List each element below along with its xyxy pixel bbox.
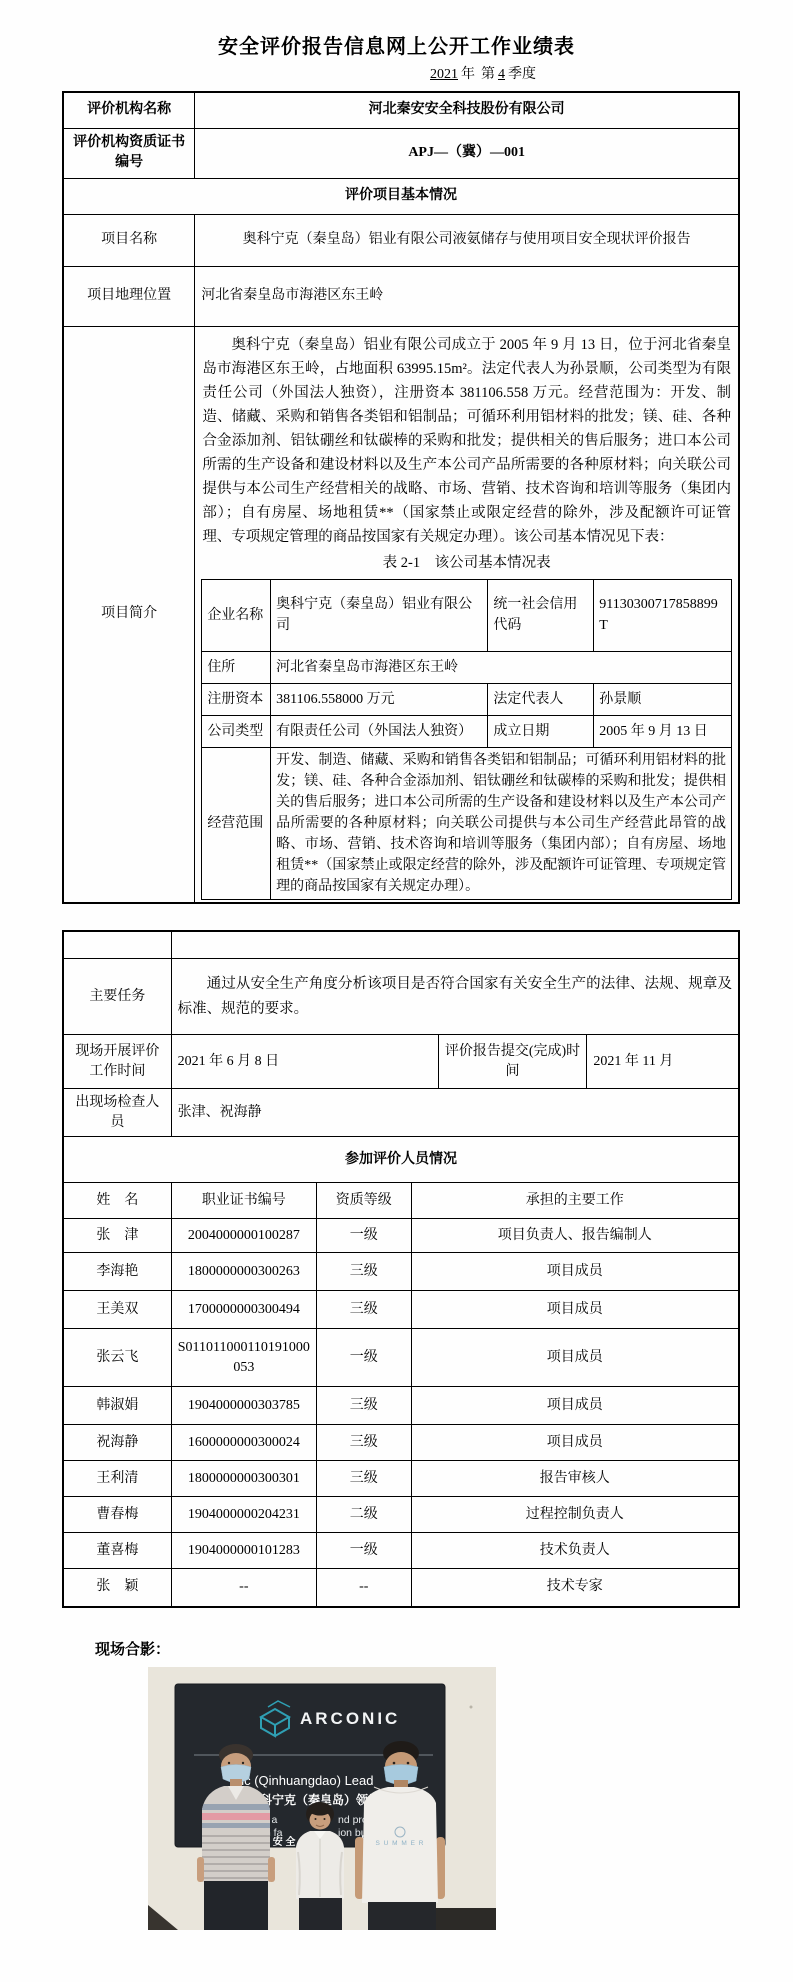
participant-role: 项目成员	[411, 1425, 739, 1461]
empty-label-cell	[63, 931, 171, 959]
table-row: 住所 河北省秦皇岛市海港区东王岭	[202, 651, 732, 683]
participant-name: 张 津	[63, 1219, 171, 1253]
participant-level: 一级	[316, 1329, 411, 1387]
participant-row: 张云飞 S011011000110191000053 一级 项目成员	[63, 1329, 739, 1387]
participant-cert: 1904000000101283	[171, 1533, 316, 1569]
company-type-label: 公司类型	[202, 715, 271, 747]
scope-value: 开发、制造、储藏、采购和销售各类铝和铝制品；可循环利用铝材料的批发；镁、硅、各种…	[271, 747, 732, 899]
founded-label: 成立日期	[488, 715, 594, 747]
participant-level: --	[316, 1569, 411, 1607]
period-quarter-unit: 季度	[508, 67, 536, 82]
participant-cert: 2004000000100287	[171, 1219, 316, 1253]
participant-name: 李海艳	[63, 1253, 171, 1291]
site-work-time-label: 现场开展评价工作时间	[63, 1035, 171, 1089]
site-inspectors-label: 出现场检查人员	[63, 1089, 171, 1137]
participant-role: 项目成员	[411, 1387, 739, 1425]
agency-cert-value: APJ—（冀）—001	[195, 128, 739, 178]
participant-level: 三级	[316, 1291, 411, 1329]
period-year: 2021	[430, 67, 458, 82]
table-row: 参加评价人员情况	[63, 1137, 739, 1183]
period-quarter-prefix: 第	[481, 67, 495, 82]
participant-level: 三级	[316, 1461, 411, 1497]
table-row: 评价机构名称 河北秦安安全科技股份有限公司	[63, 92, 739, 128]
document-page: 安全评价报告信息网上公开工作业绩表 2021年第4季度 评价机构名称 河北秦安安…	[0, 0, 793, 1982]
credit-code-value: 91130300717858899T	[594, 579, 732, 651]
col-header-cert: 职业证书编号	[171, 1183, 316, 1219]
participant-level: 三级	[316, 1387, 411, 1425]
main-task-text: 通过从安全生产角度分析该项目是否符合国家有关安全生产的法律、法规、规章及标准、规…	[178, 972, 732, 1022]
site-inspectors-value: 张津、祝海静	[171, 1089, 739, 1137]
participant-row: 韩淑娟 1904000000303785 三级 项目成员	[63, 1387, 739, 1425]
credit-code-label: 统一社会信用代码	[488, 579, 594, 651]
participant-name: 王利清	[63, 1461, 171, 1497]
participant-row: 董喜梅 1904000000101283 一级 技术负责人	[63, 1533, 739, 1569]
table-row	[63, 931, 739, 959]
participant-row: 李海艳 1800000000300263 三级 项目成员	[63, 1253, 739, 1291]
period-year-unit: 年	[461, 67, 475, 82]
participant-row: 张 津 2004000000100287 一级 项目负责人、报告编制人	[63, 1219, 739, 1253]
table-row: 姓 名 职业证书编号 资质等级 承担的主要工作	[63, 1183, 739, 1219]
participant-role: 项目成员	[411, 1291, 739, 1329]
table-row: 项目地理位置 河北省秦皇岛市海港区东王岭	[63, 266, 739, 326]
participant-level: 三级	[316, 1425, 411, 1461]
address-label: 住所	[202, 651, 271, 683]
tshirt-print: S U M M E R	[376, 1840, 425, 1847]
project-name-label: 项目名称	[63, 214, 195, 266]
agency-name-label: 评价机构名称	[63, 92, 195, 128]
project-info-table: 评价机构名称 河北秦安安全科技股份有限公司 评价机构资质证书编号 APJ—（冀）…	[62, 91, 740, 904]
participant-level: 一级	[316, 1219, 411, 1253]
table-row: 评价项目基本情况	[63, 178, 739, 214]
company-name-value: 奥科宁克（秦皇岛）铝业有限公司	[271, 579, 488, 651]
participants-section-header: 参加评价人员情况	[63, 1137, 739, 1183]
project-intro-label: 项目简介	[63, 326, 195, 903]
project-name-value: 奥科宁克（秦皇岛）铝业有限公司液氨储存与使用项目安全现状评价报告	[195, 214, 739, 266]
period-quarter: 4	[498, 67, 505, 82]
table-row: 评价机构资质证书编号 APJ—（冀）—001	[63, 128, 739, 178]
participant-role: 项目成员	[411, 1253, 739, 1291]
scope-label: 经营范围	[202, 747, 271, 899]
participant-name: 张 颖	[63, 1569, 171, 1607]
col-header-name: 姓 名	[63, 1183, 171, 1219]
company-type-value: 有限责任公司（外国法人独资）	[271, 715, 488, 747]
table-row: 项目名称 奥科宁克（秦皇岛）铝业有限公司液氨储存与使用项目安全现状评价报告	[63, 214, 739, 266]
participant-name: 韩淑娟	[63, 1387, 171, 1425]
participant-name: 张云飞	[63, 1329, 171, 1387]
site-work-time-value: 2021 年 6 月 8 日	[171, 1035, 438, 1089]
col-header-level: 资质等级	[316, 1183, 411, 1219]
col-header-role: 承担的主要工作	[411, 1183, 739, 1219]
participant-cert: --	[171, 1569, 316, 1607]
participant-row: 曹春梅 1904000000204231 二级 过程控制负责人	[63, 1497, 739, 1533]
period-line: 2021年第4季度	[0, 63, 793, 83]
participant-cert: 1800000000300263	[171, 1253, 316, 1291]
participant-cert: 1800000000300301	[171, 1461, 316, 1497]
capital-label: 注册资本	[202, 683, 271, 715]
table-row: 项目简介 奥科宁克（秦皇岛）铝业有限公司成立于 2005 年 9 月 13 日，…	[63, 326, 739, 903]
group-photo-label: 现场合影：	[95, 1638, 793, 1659]
participant-cert: 1904000000204231	[171, 1497, 316, 1533]
participant-row: 张 颖 -- -- 技术专家	[63, 1569, 739, 1607]
participant-level: 二级	[316, 1497, 411, 1533]
group-photo-illustration: ARCONIC nic (Qinhuangdao) Lead 奥科宁克（秦皇岛）…	[148, 1667, 496, 1930]
address-value: 河北省秦皇岛市海港区东王岭	[271, 651, 732, 683]
table-row: 主要任务 通过从安全生产角度分析该项目是否符合国家有关安全生产的法律、法规、规章…	[63, 959, 739, 1035]
sign-brand-text: ARCONIC	[300, 1709, 400, 1728]
agency-cert-label: 评价机构资质证书编号	[63, 128, 195, 178]
participant-level: 三级	[316, 1253, 411, 1291]
participant-level: 一级	[316, 1533, 411, 1569]
participant-row: 王美双 1700000000300494 三级 项目成员	[63, 1291, 739, 1329]
legal-rep-value: 孙景顺	[594, 683, 732, 715]
participant-cert: 1700000000300494	[171, 1291, 316, 1329]
main-task-cell: 通过从安全生产角度分析该项目是否符合国家有关安全生产的法律、法规、规章及标准、规…	[171, 959, 739, 1035]
company-name-label: 企业名称	[202, 579, 271, 651]
participant-cert: 1600000000300024	[171, 1425, 316, 1461]
participant-name: 王美双	[63, 1291, 171, 1329]
work-record-table: 主要任务 通过从安全生产角度分析该项目是否符合国家有关安全生产的法律、法规、规章…	[62, 930, 740, 1608]
table-row: 公司类型 有限责任公司（外国法人独资） 成立日期 2005 年 9 月 13 日	[202, 715, 732, 747]
project-section-header: 评价项目基本情况	[63, 178, 739, 214]
participant-role: 技术专家	[411, 1569, 739, 1607]
participant-cert: S011011000110191000053	[171, 1329, 316, 1387]
participant-role: 报告审核人	[411, 1461, 739, 1497]
participant-role: 项目负责人、报告编制人	[411, 1219, 739, 1253]
participant-row: 王利清 1800000000300301 三级 报告审核人	[63, 1461, 739, 1497]
company-basic-info-table: 企业名称 奥科宁克（秦皇岛）铝业有限公司 统一社会信用代码 9113030071…	[201, 579, 732, 900]
wall-mark	[470, 1705, 473, 1708]
participant-name: 曹春梅	[63, 1497, 171, 1533]
report-time-value: 2021 年 11 月	[587, 1035, 739, 1089]
group-photo: ARCONIC nic (Qinhuangdao) Lead 奥科宁克（秦皇岛）…	[148, 1667, 496, 1930]
company-table-caption: 表 2-1 该公司基本情况表	[201, 553, 732, 573]
participant-role: 技术负责人	[411, 1533, 739, 1569]
participant-role: 过程控制负责人	[411, 1497, 739, 1533]
table-row: 注册资本 381106.558000 万元 法定代表人 孙景顺	[202, 683, 732, 715]
participant-cert: 1904000000303785	[171, 1387, 316, 1425]
main-task-label: 主要任务	[63, 959, 171, 1035]
table-row: 出现场检查人员 张津、祝海静	[63, 1089, 739, 1137]
table-row: 现场开展评价工作时间 2021 年 6 月 8 日 评价报告提交(完成)时间 2…	[63, 1035, 739, 1089]
founded-value: 2005 年 9 月 13 日	[594, 715, 732, 747]
page-title: 安全评价报告信息网上公开工作业绩表	[0, 0, 793, 59]
project-intro-cell: 奥科宁克（秦皇岛）铝业有限公司成立于 2005 年 9 月 13 日，位于河北省…	[195, 326, 739, 903]
legal-rep-label: 法定代表人	[488, 683, 594, 715]
project-intro-paragraph: 奥科宁克（秦皇岛）铝业有限公司成立于 2005 年 9 月 13 日，位于河北省…	[202, 333, 731, 549]
report-time-label: 评价报告提交(完成)时间	[438, 1035, 587, 1089]
table-row: 企业名称 奥科宁克（秦皇岛）铝业有限公司 统一社会信用代码 9113030071…	[202, 579, 732, 651]
empty-value-cell	[171, 931, 739, 959]
sign-line1: nic (Qinhuangdao) Lead	[234, 1773, 374, 1788]
participant-name: 董喜梅	[63, 1533, 171, 1569]
table-row: 经营范围 开发、制造、储藏、采购和销售各类铝和铝制品；可循环利用铝材料的批发；镁…	[202, 747, 732, 899]
capital-value: 381106.558000 万元	[271, 683, 488, 715]
agency-name-value: 河北秦安安全科技股份有限公司	[195, 92, 739, 128]
participant-role: 项目成员	[411, 1329, 739, 1387]
project-location-value: 河北省秦皇岛市海港区东王岭	[195, 266, 739, 326]
floor-shadow-right	[436, 1908, 496, 1930]
participant-name: 祝海静	[63, 1425, 171, 1461]
participant-row: 祝海静 1600000000300024 三级 项目成员	[63, 1425, 739, 1461]
project-location-label: 项目地理位置	[63, 266, 195, 326]
